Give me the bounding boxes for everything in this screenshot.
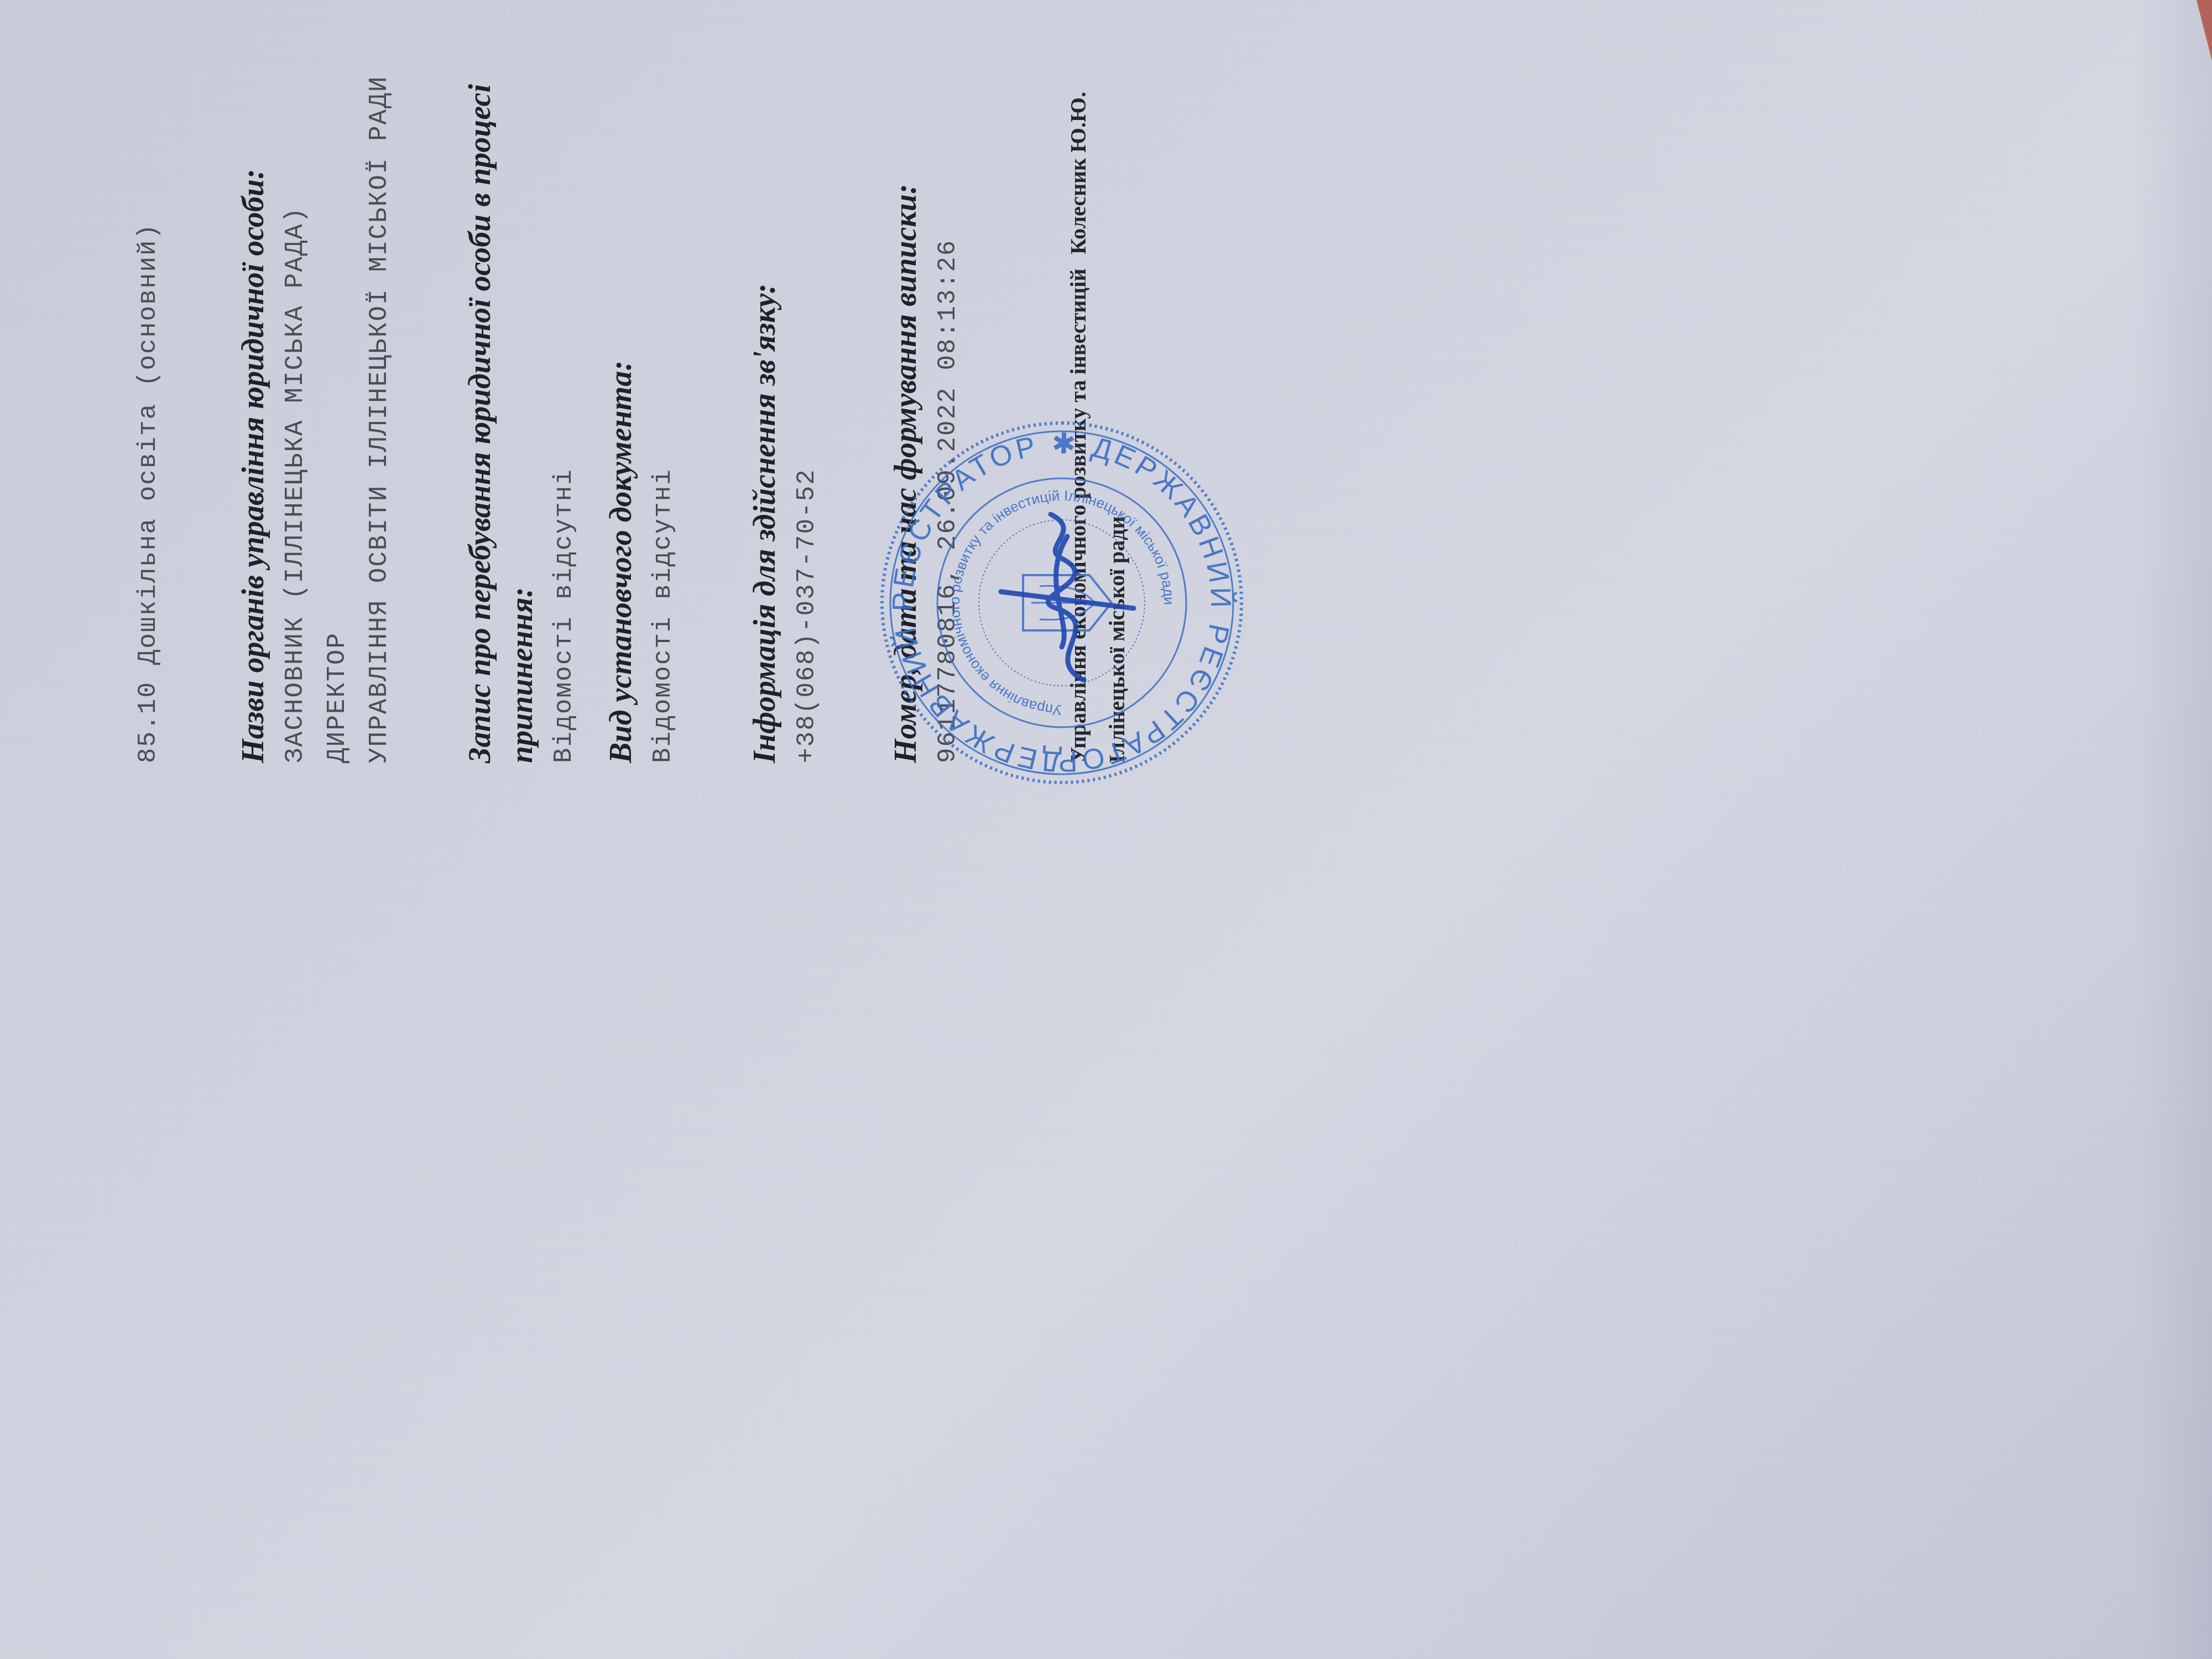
section-value: +38(068)-037-70-52 [786,284,828,763]
section-governing-bodies: Назви органів управління юридичної особи… [232,76,400,763]
section-termination-record: Запис про перебування юридичної особи в … [459,0,585,763]
stamp-seal-icon: ДЕРЖАВНИЙ РЕЄСТРАТОР ✱ ДЕРЖАВНИЙ РЕЄСТРА… [874,415,1250,791]
section-value: ДИРЕКТОР [316,76,358,763]
document-sheet: 85.10 Дошкільна освіта (основний) Назви … [0,0,2212,1659]
kved-line: 85.10 Дошкільна освіта (основний) [127,223,169,763]
section-value: УПРАВЛІННЯ ОСВІТИ ІЛЛІНЕЦЬКОЇ МІСЬКОЇ РА… [358,76,400,763]
signatory-name: Колесник Ю.Ю. [1059,92,1098,254]
section-label: Вид установчого документа: [600,361,642,763]
section-label: Інформація для здійснення зв'язку: [744,284,786,763]
section-label: Назви органів управління юридичної особи… [232,76,274,763]
section-contact-info: Інформація для здійснення зв'язку: +38(0… [744,284,828,763]
official-stamp: ДЕРЖАВНИЙ РЕЄСТРАТОР ✱ ДЕРЖАВНИЙ РЕЄСТРА… [874,415,1250,791]
section-value: Відомості відсутні [543,0,585,763]
section-value: Відомості відсутні [642,361,684,763]
section-value: ЗАСНОВНИК (ІЛЛІНЕЦЬКА МІСЬКА РАДА) [274,76,316,763]
section-label: Запис про перебування юридичної особи в … [459,0,543,763]
section-founding-document: Вид установчого документа: Відомості від… [600,361,684,763]
signature-scribble [1001,514,1134,680]
